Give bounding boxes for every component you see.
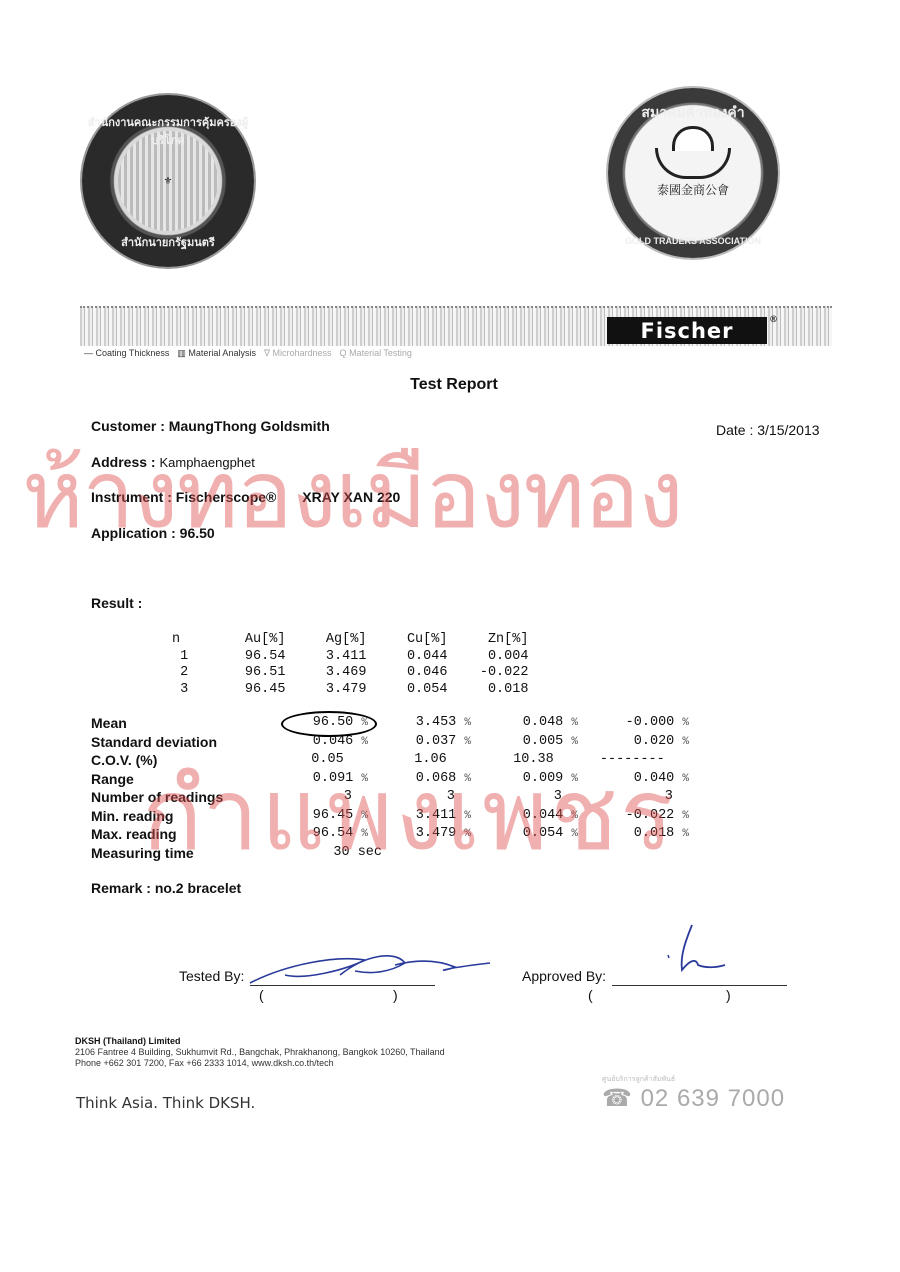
percent-unit: % xyxy=(682,825,689,844)
stat-value: 0.020 % xyxy=(578,733,689,752)
phone-number: 02 639 7000 xyxy=(641,1085,785,1112)
approved-by-line xyxy=(612,985,787,986)
instrument-field: Instrument : Fischerscope® XRAY XAN 220 xyxy=(91,489,400,505)
stat-label: Range xyxy=(91,770,223,789)
stat-label: Measuring time xyxy=(91,844,223,863)
stat-value: -------- xyxy=(578,751,689,770)
banner-nav: — Coating Thickness ▥ Material Analysis … xyxy=(84,348,412,359)
stat-label: Mean xyxy=(91,714,223,733)
stat-value: 96.45 % xyxy=(270,807,368,826)
stat-value: 0.018 % xyxy=(578,825,689,844)
footer-company: DKSH (Thailand) Limited xyxy=(75,1036,445,1047)
nav-material-analysis: ▥ Material Analysis xyxy=(177,348,256,359)
seal-right-chinese-text: 泰國金商公會 xyxy=(655,181,731,198)
registered-mark: ® xyxy=(769,315,779,325)
application-value: 96.50 xyxy=(180,525,215,541)
stat-value: 3.479 % xyxy=(368,825,471,844)
stat-label: Number of readings xyxy=(91,788,223,807)
instrument-model: XRAY XAN 220 xyxy=(302,489,400,505)
application-label: Application : xyxy=(91,525,176,541)
readings-row: 1 96.54 3.411 0.044 0.004 xyxy=(172,649,528,666)
remark-label: Remark : xyxy=(91,880,151,896)
stat-row: 96.45 %3.411 %0.044 %-0.022 % xyxy=(270,807,689,826)
mean-au-circle-annotation xyxy=(281,711,377,737)
stat-value: 10.38 xyxy=(471,751,578,770)
footer-contact: Phone +662 301 7200, Fax +66 2333 1014, … xyxy=(75,1058,445,1069)
result-label: Result : xyxy=(91,595,142,611)
address-label: Address : xyxy=(91,454,156,470)
percent-unit: % xyxy=(464,807,471,826)
approved-by-signature xyxy=(650,920,740,980)
percent-unit: % xyxy=(571,733,578,752)
fischer-logo-text: Fischer xyxy=(640,319,733,343)
stat-value: 0.091 % xyxy=(270,770,368,789)
percent-unit: % xyxy=(361,807,368,826)
material-analysis-icon: ▥ xyxy=(177,348,186,358)
percent-unit: % xyxy=(464,733,471,752)
stat-row: 0.05 1.06 10.38 -------- xyxy=(270,751,689,770)
stat-value: -0.000 % xyxy=(578,714,689,733)
hotline-number: ☎ 02 639 7000 xyxy=(602,1084,785,1113)
stat-row: 0.091 %0.068 %0.009 %0.040 % xyxy=(270,770,689,789)
stat-value: 3 xyxy=(270,788,368,807)
seal-left-bottom-text: สำนักนายกรัฐมนตรี xyxy=(82,233,254,251)
gold-traders-association-seal: สมาคมค้าทองคำ 泰國金商公會 GOLD TRADERS ASSOCI… xyxy=(608,88,778,258)
stat-value: 1.06 xyxy=(368,751,471,770)
approved-by-close-paren: ) xyxy=(726,987,731,1003)
microhardness-icon: ∇ xyxy=(264,348,270,358)
coating-thickness-icon: — xyxy=(84,348,93,358)
stat-value: 0.009 % xyxy=(471,770,578,789)
seal-right-bottom-text: GOLD TRADERS ASSOCIATION xyxy=(608,236,778,246)
measuring-time-value: 30 sec xyxy=(270,844,382,863)
percent-unit: % xyxy=(361,733,368,752)
remark-value: no.2 bracelet xyxy=(155,880,241,896)
percent-unit: % xyxy=(464,825,471,844)
customer-field: Customer : MaungThong Goldsmith xyxy=(91,418,330,434)
stat-label: Min. reading xyxy=(91,807,223,826)
fischer-logo: Fischer ® xyxy=(607,317,767,344)
readings-row: 2 96.51 3.469 0.046 -0.022 xyxy=(172,665,528,682)
nav-material-testing: Q Material Testing xyxy=(340,348,412,359)
percent-unit: % xyxy=(571,807,578,826)
tested-by-signature xyxy=(245,945,495,990)
page-title: Test Report xyxy=(0,376,900,394)
footer-address: 2106 Fantree 4 Building, Sukhumvit Rd., … xyxy=(75,1047,445,1058)
stat-label: Max. reading xyxy=(91,825,223,844)
stat-value: 0.037 % xyxy=(368,733,471,752)
nav-microhardness: ∇ Microhardness xyxy=(264,348,332,359)
readings-header-row: n Au[%] Ag[%] Cu[%] Zn[%] xyxy=(172,632,528,649)
stat-value: 3 xyxy=(368,788,471,807)
stat-value: 0.05 xyxy=(270,751,368,770)
percent-unit: % xyxy=(464,714,471,733)
remark-field: Remark : no.2 bracelet xyxy=(91,880,241,896)
stat-row: 96.54 %3.479 %0.054 %0.018 % xyxy=(270,825,689,844)
application-field: Application : 96.50 xyxy=(91,525,215,541)
stat-label: C.O.V. (%) xyxy=(91,751,223,770)
approved-by-open-paren: ( xyxy=(588,987,593,1003)
readings-table: n Au[%] Ag[%] Cu[%] Zn[%] 1 96.54 3.411 … xyxy=(172,632,528,698)
percent-unit: % xyxy=(682,770,689,789)
instrument-value: Fischerscope® xyxy=(176,489,277,505)
stat-value: 3 xyxy=(471,788,578,807)
approved-by-label: Approved By: xyxy=(522,968,606,984)
tested-by-close-paren: ) xyxy=(393,987,398,1003)
footer-company-block: DKSH (Thailand) Limited 2106 Fantree 4 B… xyxy=(75,1036,445,1069)
customer-label: Customer : xyxy=(91,418,165,434)
footer-slogan: Think Asia. Think DKSH. xyxy=(76,1094,255,1112)
instrument-label: Instrument : xyxy=(91,489,172,505)
material-testing-icon: Q xyxy=(340,348,347,358)
percent-unit: % xyxy=(682,733,689,752)
stat-value: 0.005 % xyxy=(471,733,578,752)
statistics-labels: MeanStandard deviationC.O.V. (%)RangeNum… xyxy=(91,714,223,862)
consumer-protection-seal: สำนักงานคณะกรรมการคุ้มครองผู้บริโภค ⚜ สำ… xyxy=(82,95,254,267)
stat-value: 0.054 % xyxy=(471,825,578,844)
stat-value: 0.068 % xyxy=(368,770,471,789)
tested-by-open-paren: ( xyxy=(259,987,264,1003)
stat-value: 3.411 % xyxy=(368,807,471,826)
measuring-time-row: 30 sec xyxy=(270,844,689,863)
stat-value: 0.040 % xyxy=(578,770,689,789)
address-value: Kamphaengphet xyxy=(159,455,254,470)
stat-value: 3 xyxy=(578,788,689,807)
stat-value: -0.022 % xyxy=(578,807,689,826)
percent-unit: % xyxy=(361,825,368,844)
stat-label: Standard deviation xyxy=(91,733,223,752)
percent-unit: % xyxy=(361,770,368,789)
stat-value: 96.54 % xyxy=(270,825,368,844)
stat-row: 3 3 3 3 xyxy=(270,788,689,807)
stat-value: 0.048 % xyxy=(471,714,578,733)
date-value: 3/15/2013 xyxy=(757,422,819,438)
gold-ingot-icon xyxy=(655,148,731,179)
percent-unit: % xyxy=(464,770,471,789)
seal-left-top-text: สำนักงานคณะกรรมการคุ้มครองผู้บริโภค xyxy=(82,113,254,149)
stat-value: 0.044 % xyxy=(471,807,578,826)
address-field: Address : Kamphaengphet xyxy=(91,454,255,470)
percent-unit: % xyxy=(571,714,578,733)
percent-unit: % xyxy=(571,825,578,844)
tested-by-label: Tested By: xyxy=(179,968,244,984)
seal-right-top-text: สมาคมค้าทองคำ xyxy=(608,102,778,124)
percent-unit: % xyxy=(682,807,689,826)
date-field: Date : 3/15/2013 xyxy=(716,422,820,438)
phone-icon: ☎ xyxy=(602,1085,633,1112)
customer-value: MaungThong Goldsmith xyxy=(169,418,330,434)
percent-unit: % xyxy=(682,714,689,733)
readings-row: 3 96.45 3.479 0.054 0.018 xyxy=(172,682,528,699)
date-label: Date : xyxy=(716,422,753,438)
nav-coating-thickness: — Coating Thickness xyxy=(84,348,169,359)
percent-unit: % xyxy=(571,770,578,789)
stat-value: 3.453 % xyxy=(368,714,471,733)
